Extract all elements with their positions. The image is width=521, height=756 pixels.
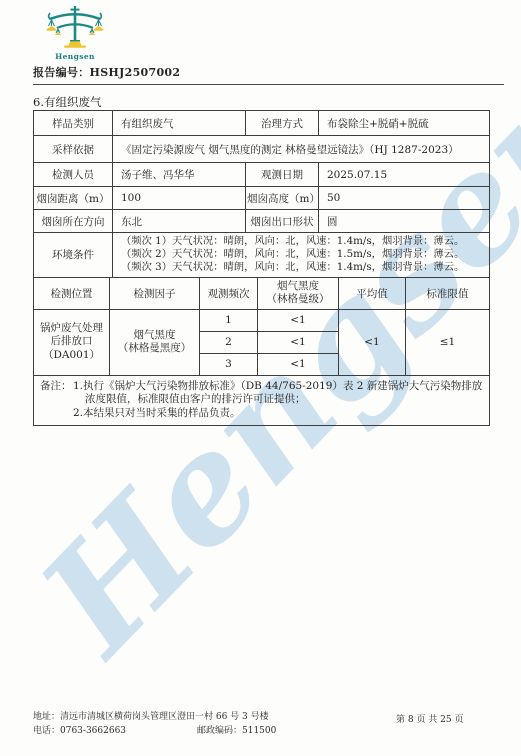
table-row: 烟囱所在方向 东北 烟囱出口形状 圆 bbox=[34, 210, 490, 233]
page-number: 第 8 页 共 25 页 bbox=[396, 712, 463, 725]
section-title: 6.有组织废气 bbox=[33, 94, 101, 110]
environment-conditions-value: （频次 1）天气状况：晴朗，风向：北，风速：1.4m/s，烟羽背景：薄云。 （频… bbox=[113, 233, 490, 278]
sampling-basis-label: 采样依据 bbox=[34, 136, 113, 163]
monitoring-location-value: 锅炉废气处理 后排放口 （DA001） bbox=[34, 309, 110, 375]
table-row: 样品类别 有组织废气 治理方式 布袋除尘+脱硝+脱硫 bbox=[34, 111, 490, 136]
environment-label: 环境条件 bbox=[34, 233, 113, 278]
table-row: 环境条件 （频次 1）天气状况：晴朗，风向：北，风速：1.4m/s，烟羽背景：薄… bbox=[34, 233, 490, 278]
blackness-value-1: <1 bbox=[258, 309, 339, 331]
report-number-line: 报告编号：HSHJ2507002 bbox=[33, 64, 504, 85]
average-value: <1 bbox=[339, 309, 406, 375]
notes-row: 备注： 1.执行《锅炉大气污染物排放标准》（DB 44/765-2019）表 2… bbox=[34, 375, 490, 426]
frequency-3: 3 bbox=[200, 353, 258, 375]
observation-date-label: 观测日期 bbox=[246, 163, 319, 187]
outlet-shape-value: 圆 bbox=[319, 210, 490, 233]
blackness-header: 烟气黑度 （林格曼级） bbox=[258, 277, 339, 309]
table-row: 检测人员 汤子维、冯华华 观测日期 2025.07.15 bbox=[34, 163, 490, 187]
report-page: Hengsen bbox=[0, 0, 521, 756]
chimney-height-value: 50 bbox=[319, 187, 490, 210]
notes-table: 备注： 1.执行《锅炉大气污染物排放标准》（DB 44/765-2019）表 2… bbox=[33, 375, 490, 427]
monitoring-factor-value: 烟气黑度 （林格曼黑度） bbox=[110, 309, 200, 375]
inspectors-label: 检测人员 bbox=[34, 163, 113, 187]
table-row: 采样依据 《固定污染源废气 烟气黑度的测定 林格曼望远镜法》（HJ 1287-2… bbox=[34, 136, 490, 163]
outlet-shape-label: 烟囱出口形状 bbox=[246, 210, 319, 233]
results-header-row: 检测位置 检测因子 观测频次 烟气黑度 （林格曼级） 平均值 标准限值 bbox=[34, 277, 490, 309]
treatment-value: 布袋除尘+脱硝+脱硫 bbox=[319, 111, 490, 136]
average-header: 平均值 bbox=[339, 277, 406, 309]
footer-address: 地址：清远市清城区横荷岗头管理区澄田一村 66 号 3 号楼 bbox=[33, 711, 276, 725]
note-item-2: 2.本结果只对当时采集的样品负责。 bbox=[73, 407, 483, 421]
inspectors-value: 汤子维、冯华华 bbox=[113, 163, 246, 187]
location-header: 检测位置 bbox=[34, 277, 110, 309]
treatment-label: 治理方式 bbox=[246, 111, 319, 136]
sample-type-value: 有组织废气 bbox=[113, 111, 246, 136]
footer-phone: 电话：0763-3662663 bbox=[33, 725, 197, 739]
frequency-header: 观测频次 bbox=[200, 277, 258, 309]
chimney-height-label: 烟囱高度（m） bbox=[246, 187, 319, 210]
blackness-value-3: <1 bbox=[258, 353, 339, 375]
balance-scale-logo-icon bbox=[46, 6, 104, 48]
limit-header: 标准限值 bbox=[406, 277, 490, 309]
sample-info-table: 样品类别 有组织废气 治理方式 布袋除尘+脱硝+脱硫 采样依据 《固定污染源废气… bbox=[33, 110, 490, 278]
factor-header: 检测因子 bbox=[110, 277, 200, 309]
chimney-distance-label: 烟囱距离（m） bbox=[34, 187, 113, 210]
footer-contact: 地址：清远市清城区横荷岗头管理区澄田一村 66 号 3 号楼 电话：0763-3… bbox=[33, 711, 276, 738]
sampling-basis-value: 《固定污染源废气 烟气黑度的测定 林格曼望远镜法》（HJ 1287-2023） bbox=[113, 136, 490, 163]
sample-type-label: 样品类别 bbox=[34, 111, 113, 136]
standard-limit-value: ≤1 bbox=[406, 309, 490, 375]
footer-postal-code: 邮政编码：511500 bbox=[197, 726, 276, 736]
notes-label: 备注： bbox=[40, 380, 73, 421]
report-number-label: 报告编号： bbox=[33, 66, 90, 79]
company-logo: Hengsen bbox=[45, 6, 105, 61]
notes-cell: 备注： 1.执行《锅炉大气污染物排放标准》（DB 44/765-2019）表 2… bbox=[34, 375, 490, 426]
results-table: 检测位置 检测因子 观测频次 烟气黑度 （林格曼级） 平均值 标准限值 锅炉废气… bbox=[33, 277, 490, 376]
report-tables: 样品类别 有组织废气 治理方式 布袋除尘+脱硝+脱硫 采样依据 《固定污染源废气… bbox=[33, 110, 489, 426]
blackness-value-2: <1 bbox=[258, 331, 339, 353]
logo-caption: Hengsen bbox=[45, 52, 105, 61]
observation-date-value: 2025.07.15 bbox=[319, 163, 490, 187]
frequency-1: 1 bbox=[200, 309, 258, 331]
chimney-direction-value: 东北 bbox=[113, 210, 246, 233]
table-row: 烟囱距离（m） 100 烟囱高度（m） 50 bbox=[34, 187, 490, 210]
note-item-1: 1.执行《锅炉大气污染物排放标准》（DB 44/765-2019）表 2 新建锅… bbox=[73, 380, 483, 407]
chimney-direction-label: 烟囱所在方向 bbox=[34, 210, 113, 233]
result-row: 锅炉废气处理 后排放口 （DA001） 烟气黑度 （林格曼黑度） 1 <1 <1… bbox=[34, 309, 490, 331]
chimney-distance-value: 100 bbox=[113, 187, 246, 210]
report-number-value: HSHJ2507002 bbox=[90, 66, 181, 79]
frequency-2: 2 bbox=[200, 331, 258, 353]
